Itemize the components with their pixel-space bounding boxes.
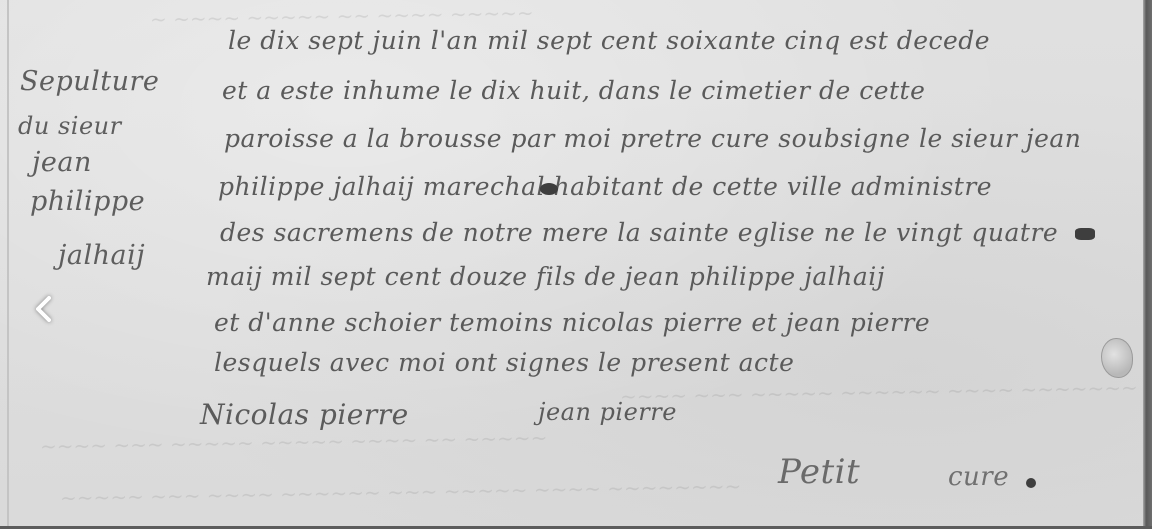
scanned-register-page: ~ ~~~~ ~~~~~ ~~ ~~~~ ~~~~~ ~~~~ ~~~ ~~~~… (0, 0, 1143, 526)
ink-blot (1075, 228, 1095, 240)
witness-signature: Nicolas pierre (200, 398, 409, 431)
record-line: maij mil sept cent douze fils de jean ph… (206, 262, 885, 291)
previous-image-button[interactable] (26, 290, 62, 330)
bleed-through-text: ~~~~~ ~~~ ~~~~ ~~~~~~ ~~~ ~~~~~ ~~~~ ~~~… (60, 474, 742, 510)
margin-note-line: jalhaij (58, 240, 145, 271)
margin-note-line: Sepulture (20, 66, 159, 97)
page-left-margin-rule (7, 0, 9, 526)
record-line: le dix sept juin l'an mil sept cent soix… (228, 26, 990, 55)
witness-signature: jean pierre (538, 398, 677, 426)
margin-note-line: du sieur (18, 112, 122, 140)
record-line: lesquels avec moi ont signes le present … (214, 348, 794, 377)
margin-note-line: philippe (30, 186, 145, 217)
record-line: philippe jalhaij marechal habitant de ce… (218, 172, 992, 201)
record-line: des sacremens de notre mere la sainte eg… (220, 218, 1058, 247)
priest-signature: Petit (778, 452, 860, 492)
margin-note-line: jean (32, 147, 92, 178)
ink-blot (1026, 478, 1036, 488)
document-image-viewer[interactable]: ~ ~~~~ ~~~~~ ~~ ~~~~ ~~~~~ ~~~~ ~~~ ~~~~… (0, 0, 1152, 529)
record-line: et d'anne schoier temoins nicolas pierre… (214, 308, 930, 337)
record-line: et a este inhume le dix huit, dans le ci… (222, 76, 925, 105)
page-right-edge (1143, 0, 1152, 529)
chevron-left-icon (33, 294, 55, 327)
bleed-through-text: ~~~~ ~~~ ~~~~~ ~~~~~~ ~~~~ ~~~~~~~ (620, 375, 1138, 408)
priest-title: cure (948, 462, 1009, 492)
ink-blot (540, 183, 558, 195)
record-line: paroisse a la brousse par moi pretre cur… (224, 124, 1081, 153)
wax-seal-mark (1101, 338, 1133, 378)
